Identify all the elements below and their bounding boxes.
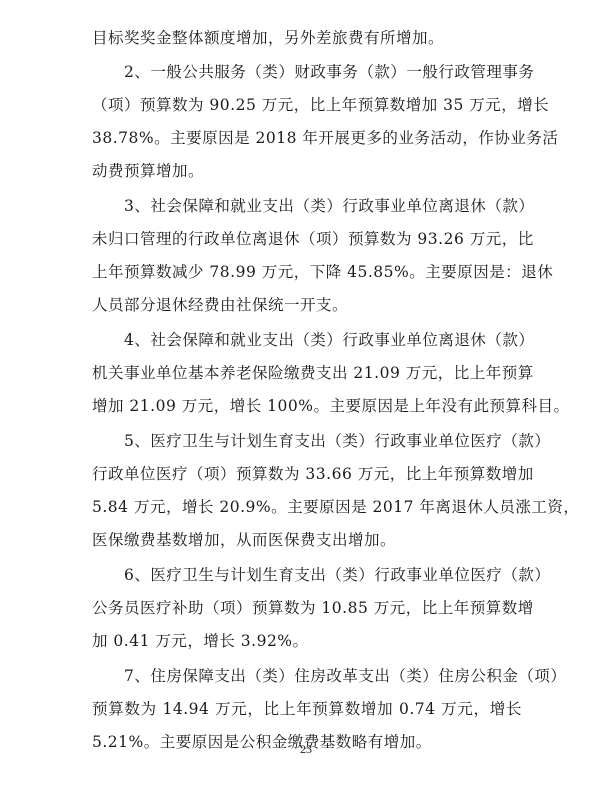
paragraph-line: 38.78%。主要原因是 2018 年开展更多的业务活动，作协业务活 [92, 128, 522, 148]
paragraph-line: 行政单位医疗（项）预算数为 33.66 万元，比上年预算数增加 [92, 464, 522, 484]
paragraph-line: 5.84 万元，增长 20.9%。主要原因是 2017 年离退休人员涨工资， [92, 497, 522, 517]
paragraph-line: 未归口管理的行政单位离退休（项）预算数为 93.26 万元，比 [92, 229, 522, 249]
document-page: 目标奖奖金整体额度增加，另外差旅费有所增加。2、一般公共服务（类）财政事务（款）… [0, 0, 612, 792]
paragraph-line: 增加 21.09 万元，增长 100%。主要原因是上年没有此预算科目。 [92, 396, 522, 416]
paragraph-first-line: 2、一般公共服务（类）财政事务（款）一般行政管理事务 [124, 62, 522, 82]
page-number: 23 [0, 742, 612, 757]
paragraph-line: 机关事业单位基本养老保险缴费支出 21.09 万元，比上年预算 [92, 363, 522, 383]
paragraph-line: 预算数为 14.94 万元，比上年预算数增加 0.74 万元，增长 [92, 699, 522, 719]
paragraph-first-line: 7、住房保障支出（类）住房改革支出（类）住房公积金（项） [124, 666, 522, 686]
paragraph-first-line: 5、医疗卫生与计划生育支出（类）行政事业单位医疗（款） [124, 431, 522, 451]
paragraph-first-line: 4、社会保障和就业支出（类）行政事业单位离退休（款） [124, 330, 522, 350]
paragraph-line: 上年预算数减少 78.99 万元，下降 45.85%。主要原因是：退休 [92, 262, 522, 282]
paragraph-line: 公务员医疗补助（项）预算数为 10.85 万元，比上年预算数增 [92, 598, 522, 618]
paragraph-first-line: 6、医疗卫生与计划生育支出（类）行政事业单位医疗（款） [124, 565, 522, 585]
paragraph-first-line: 3、社会保障和就业支出（类）行政事业单位离退休（款） [124, 196, 522, 216]
paragraph-line: 医保缴费基数增加，从而医保费支出增加。 [92, 530, 522, 550]
paragraph-line: 人员部分退休经费由社保统一开支。 [92, 295, 522, 315]
paragraph-line: 目标奖奖金整体额度增加，另外差旅费有所增加。 [92, 28, 522, 48]
paragraph-line: 加 0.41 万元，增长 3.92%。 [92, 631, 522, 651]
paragraph-line: （项）预算数为 90.25 万元，比上年预算数增加 35 万元，增长 [92, 95, 522, 115]
paragraph-line: 动费预算增加。 [92, 161, 522, 181]
